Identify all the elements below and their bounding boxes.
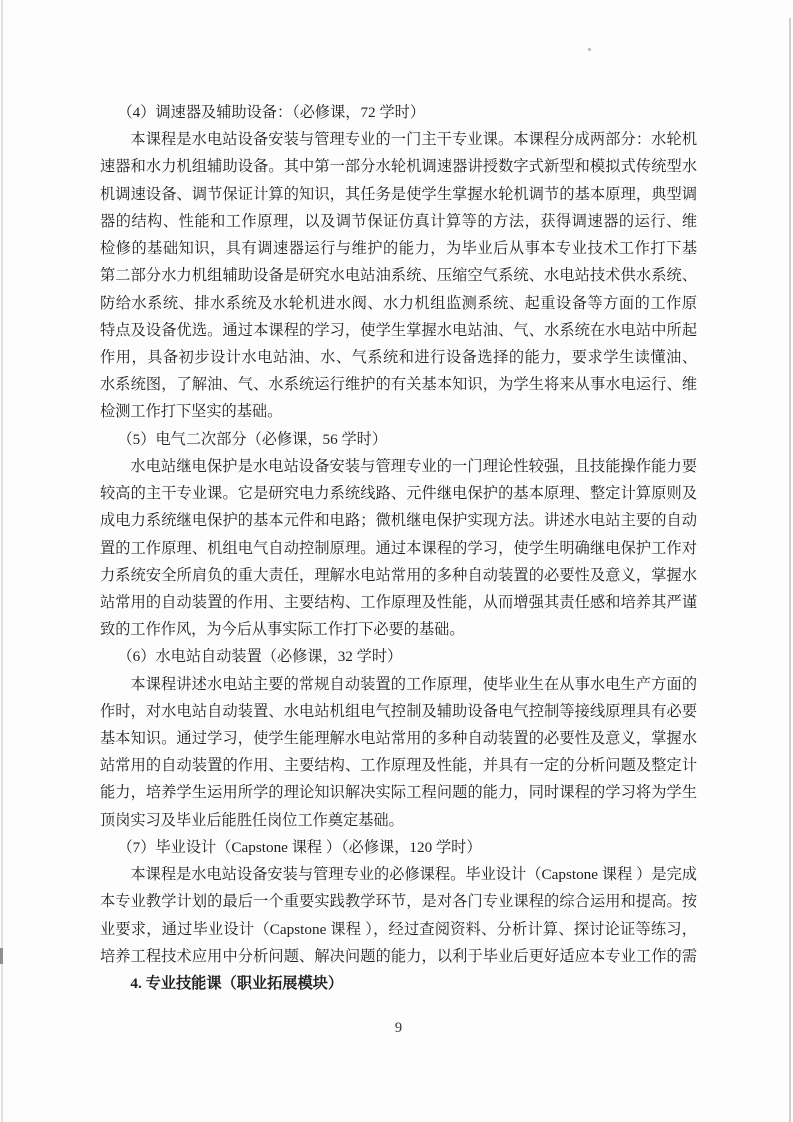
text-line: 培养工程技术应用中分析问题、解决问题的能力，以利于毕业后更好适应本专业工作的需要… — [100, 943, 697, 970]
text-line: 本专业教学计划的最后一个重要实践教学环节，是对各门专业课程的综合运用和提高。按专 — [100, 888, 697, 915]
text-line: 本课程是水电站设备安装与管理专业的必修课程。毕业设计（Capstone 课程 ）… — [100, 861, 697, 888]
section-heading-4: （4）调速器及辅助设备：（必修课，72 学时） — [100, 99, 697, 126]
text-line: 站常用的自动装置的作用、主要结构、工作原理及性能，并具有一定的分析问题及整定计算 — [100, 752, 697, 779]
text-line: 速器和水力机组辅助设备。其中第一部分水轮机调速器讲授数字式新型和模拟式传统型水轮 — [100, 153, 697, 180]
text-line: 较高的主干专业课。它是研究电力系统线路、元件继电保护的基本原理、整定计算原则及构 — [100, 480, 697, 507]
section-heading-7: （7）毕业设计（Capstone 课程 ）（必修课，120 学时） — [100, 834, 697, 861]
text-line: 检测工作打下坚实的基础。 — [100, 398, 697, 425]
text-line: 本课程是水电站设备安装与管理专业的一门主干专业课。本课程分成两部分：水轮机调 — [100, 126, 697, 153]
text-line: 水电站继电保护是水电站设备安装与管理专业的一门理论性较强，且技能操作能力要求 — [100, 453, 697, 480]
text-line: 特点及设备优选。通过本课程的学习，使学生掌握水电站油、气、水系统在水电站中所起的 — [100, 317, 697, 344]
text-line: 能力，培养学生运用所学的理论知识解决实际工程问题的能力，同时课程的学习将为学生在 — [100, 779, 697, 806]
section-heading-6: （6）水电站自动装置（必修课，32 学时） — [100, 643, 697, 670]
section-heading-5: （5）电气二次部分（必修课，56 学时） — [100, 426, 697, 453]
text-line: 力系统安全所肩负的重大责任，理解水电站常用的多种自动装置的必要性及意义，掌握水电 — [100, 562, 697, 589]
text-line: 防给水系统、排水系统及水轮机进水阀、水力机组监测系统、起重设备等方面的工作原理、 — [100, 290, 697, 317]
closing-heading: 4. 专业技能课（职业拓展模块） — [100, 970, 697, 997]
text-line: 机调速设备、调节保证计算的知识，其任务是使学生掌握水轮机调节的基本原理，典型调速 — [100, 181, 697, 208]
text-line: 作时，对水电站自动装置、水电站机组电气控制及辅助设备电气控制等接线原理具有必要的 — [100, 698, 697, 725]
page-number: 9 — [100, 1020, 697, 1037]
text-line: 致的工作作风，为今后从事实际工作打下必要的基础。 — [100, 616, 697, 643]
text-block: （4）调速器及辅助设备：（必修课，72 学时） 本课程是水电站设备安装与管理专业… — [100, 99, 697, 997]
text-line: 成电力系统继电保护的基本元件和电路；微机继电保护实现方法。讲述水电站主要的自动装 — [100, 507, 697, 534]
scan-mark-left — [0, 948, 3, 964]
text-line: 业要求，通过毕业设计（Capstone 课程 ），经过查阅资料、分析计算、探讨论… — [100, 916, 697, 943]
text-line: 站常用的自动装置的作用、主要结构、工作原理及性能，从而增强其责任感和培养其严谨细 — [100, 589, 697, 616]
document-page: （4）调速器及辅助设备：（必修课，72 学时） 本课程是水电站设备安装与管理专业… — [0, 0, 793, 1122]
text-line: 器的结构、性能和工作原理，以及调节保证仿真计算等的方法，获得调速器的运行、维护、 — [100, 208, 697, 235]
scan-speck — [588, 48, 591, 51]
text-line: 本课程讲述水电站主要的常规自动装置的工作原理，使毕业生在从事水电生产方面的工 — [100, 671, 697, 698]
scan-edge-right — [789, 18, 791, 1122]
text-line: 作用，具备初步设计水电站油、水、气系统和进行设备选择的能力，要求学生读懂油、气、 — [100, 344, 697, 371]
text-line: 第二部分水力机组辅助设备是研究水电站油系统、压缩空气系统、水电站技术供水系统、消 — [100, 262, 697, 289]
text-line: 检修的基础知识，具有调速器运行与维护的能力，为毕业后从事本专业技术工作打下基础。 — [100, 235, 697, 262]
text-line: 基本知识。通过学习，使学生能理解水电站常用的多种自动装置的必要性及意义，掌握水电 — [100, 725, 697, 752]
text-line: 顶岗实习及毕业后能胜任岗位工作奠定基础。 — [100, 807, 697, 834]
text-line: 水系统图，了解油、气、水系统运行维护的有关基本知识，为学生将来从事水电运行、维护… — [100, 371, 697, 398]
text-line: 置的工作原理、机组电气自动控制原理。通过本课程的学习，使学生明确继电保护工作对电 — [100, 535, 697, 562]
